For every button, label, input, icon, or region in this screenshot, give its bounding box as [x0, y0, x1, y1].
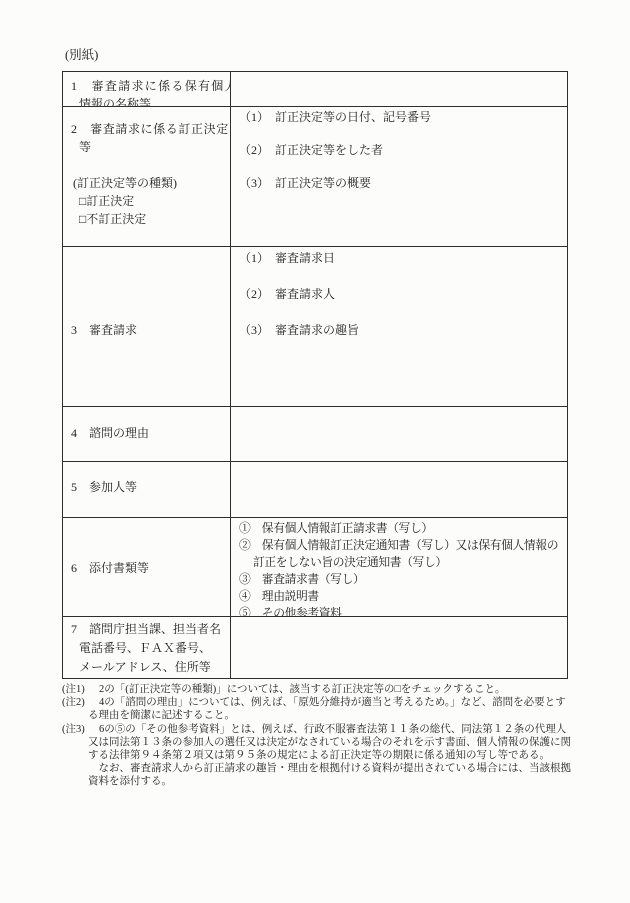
row2-sub-item-3: （3） 訂正決定等の概要 [239, 174, 567, 192]
decision-type-heading: (訂正決定等の種類) [73, 174, 230, 192]
row1-label-line2: 情報の名称等 [79, 95, 230, 106]
note-3-text-line5: 資料を添付する。 [88, 775, 598, 788]
attachment-item-4: ④ 理由説明書 [239, 588, 567, 605]
row6-item-cell: 6 添付書類等 [63, 518, 231, 616]
row2-sub-item-2: （2） 訂正決定等をした者 [239, 141, 567, 159]
table-row-5: 5 参加人等 [63, 462, 567, 518]
row1-item-cell: 1 審査請求に係る保有個人 情報の名称等 [63, 72, 231, 106]
note-1: (注1)2の「(訂正決定等の種類)」については、該当する訂正決定等の□をチェック… [62, 683, 598, 696]
note-2-label: (注2) [62, 696, 99, 709]
row3-sub-item-1: （1） 審査請求日 [239, 249, 567, 267]
footnotes: (注1)2の「(訂正決定等の種類)」については、該当する訂正決定等の□をチェック… [62, 683, 598, 789]
row5-value-cell [231, 462, 567, 517]
row7-label-line3: メールアドレス、住所等 [79, 658, 230, 677]
table-row-7: 7 諮問庁担当課、担当者名 電話番号、ＦＡＸ番号、 メールアドレス、住所等 [63, 617, 567, 678]
row2-label-line2: 等 [79, 138, 230, 156]
row7-label-line2: 電話番号、ＦＡＸ番号、 [79, 639, 230, 658]
table-row-6: 6 添付書類等 ① 保有個人情報訂正請求書（写し） ② 保有個人情報訂正決定通知… [63, 518, 567, 617]
row3-value-cell: （1） 審査請求日 （2） 審査請求人 （3） 審査請求の趣旨 [231, 247, 567, 406]
row7-value-cell [231, 617, 567, 678]
attachment-item-2: ② 保有個人情報訂正決定通知書（写し）又は保有個人情報の [239, 537, 567, 554]
note-3: (注3)6の⑤の「その他参考資料」とは、例えば、行政不服審査法第１１条の総代、同… [62, 723, 598, 789]
row3-sub-item-2: （2） 審査請求人 [239, 285, 567, 303]
row3-item-cell: 3 審査請求 [63, 247, 231, 406]
row1-label-line1: 1 審査請求に係る保有個人 [71, 77, 230, 95]
note-3-label: (注3) [62, 723, 99, 736]
attachment-item-2-continued: 訂正をしない旨の決定通知書（写し） [253, 554, 567, 571]
row2-sub-item-1: （1） 訂正決定等の日付、記号番号 [239, 108, 567, 126]
note-2-text-line2: る理由を簡潔に記述すること。 [88, 709, 598, 722]
row2-value-cell: （1） 訂正決定等の日付、記号番号 （2） 訂正決定等をした者 （3） 訂正決定… [231, 107, 567, 246]
row3-label: 3 審査請求 [71, 321, 230, 339]
document-page: (別紙) 1 審査請求に係る保有個人 情報の名称等 2 審査請求に係る訂正決定 … [0, 0, 630, 903]
row2-item-cell: 2 審査請求に係る訂正決定 等 (訂正決定等の種類) □訂正決定 □不訂正決定 [63, 107, 231, 246]
row2-label-line1: 2 審査請求に係る訂正決定 [71, 120, 230, 138]
row7-item-cell: 7 諮問庁担当課、担当者名 電話番号、ＦＡＸ番号、 メールアドレス、住所等 [63, 617, 231, 678]
note-3-text-line3: する法律第９４条第２項又は第９５条の規定による訂正決定等の期限に係る通知の写し等… [88, 749, 598, 762]
row3-sub-item-3: （3） 審査請求の趣旨 [239, 321, 567, 339]
table-row-1: 1 審査請求に係る保有個人 情報の名称等 [63, 72, 567, 107]
row4-label: 4 諮問の理由 [71, 424, 230, 442]
row4-value-cell [231, 407, 567, 461]
note-2: (注2)4の「諮問の理由」については、例えば、「原処分維持が適当と考えるため。」… [62, 696, 598, 722]
note-3-text-line4: なお、審査請求人から訂正請求の趣旨・理由を根拠付ける資料が提出されている場合には… [88, 762, 598, 775]
form-table: 1 審査請求に係る保有個人 情報の名称等 2 審査請求に係る訂正決定 等 (訂正… [62, 71, 568, 679]
attachment-item-5: ⑤ その他参考資料 [239, 605, 567, 616]
note-1-label: (注1) [62, 683, 99, 696]
row6-value-cell: ① 保有個人情報訂正請求書（写し） ② 保有個人情報訂正決定通知書（写し）又は保… [231, 518, 567, 616]
table-row-3: 3 審査請求 （1） 審査請求日 （2） 審査請求人 （3） 審査請求の趣旨 [63, 247, 567, 407]
row4-item-cell: 4 諮問の理由 [63, 407, 231, 461]
checkbox-non-correction-decision: □不訂正決定 [79, 210, 230, 228]
row6-label: 6 添付書類等 [71, 559, 230, 577]
table-row-2: 2 審査請求に係る訂正決定 等 (訂正決定等の種類) □訂正決定 □不訂正決定 … [63, 107, 567, 247]
row2-spacer [71, 156, 230, 174]
note-1-text: 2の「(訂正決定等の種類)」については、該当する訂正決定等の□をチェックすること… [99, 684, 506, 695]
note-3-text-line2: 又は同法第１３条の参加人の選任又は決定がなされている場合のそれを示す書面、個人情… [88, 736, 598, 749]
attachment-item-3: ③ 審査請求書（写し） [239, 571, 567, 588]
row7-label-line1: 7 諮問庁担当課、担当者名 [71, 620, 230, 639]
row5-item-cell: 5 参加人等 [63, 462, 231, 517]
table-row-4: 4 諮問の理由 [63, 407, 567, 462]
row5-label: 5 参加人等 [71, 478, 230, 496]
row1-value-cell [231, 72, 567, 106]
note-2-text-line1: 4の「諮問の理由」については、例えば、「原処分維持が適当と考えるため。」など、諮… [99, 697, 566, 708]
sheet-label: (別紙) [65, 48, 98, 62]
checkbox-correction-decision: □訂正決定 [79, 192, 230, 210]
attachment-item-1: ① 保有個人情報訂正請求書（写し） [239, 520, 567, 537]
note-3-text-line1: 6の⑤の「その他参考資料」とは、例えば、行政不服審査法第１１条の総代、同法第１２… [99, 724, 566, 735]
